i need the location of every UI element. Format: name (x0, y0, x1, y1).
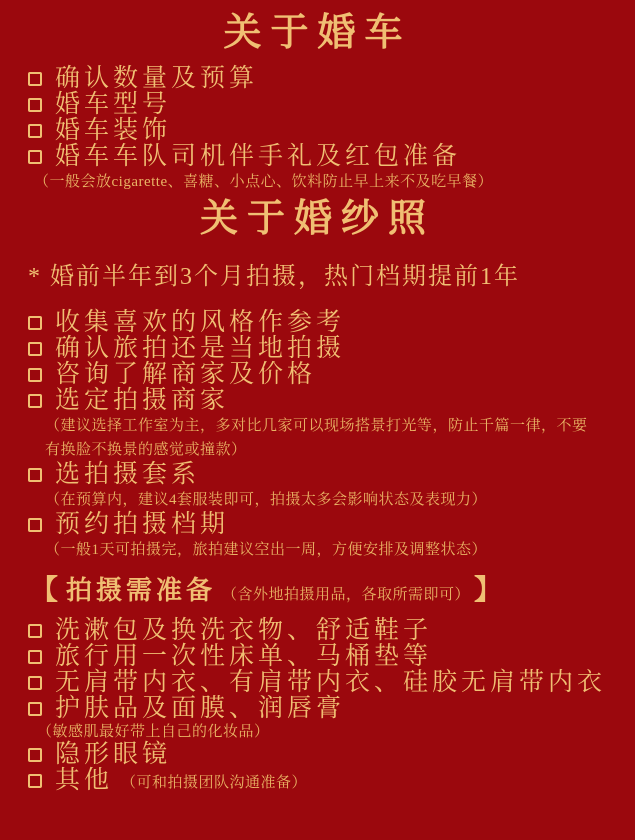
checklist-item: 确认数量及预算 (28, 66, 635, 92)
checklist-item-label: 选拍摄套系 (55, 462, 200, 488)
shoot-preparation-note: （含外地拍摄用品，各取所需即可） (222, 583, 470, 604)
checklist-item-label: 收集喜欢的风格作参考 (55, 310, 345, 336)
shoot-preparation-heading: 【 拍摄需准备 （含外地拍摄用品，各取所需即可） 】 (30, 576, 635, 606)
shoot-preparation-title: 拍摄需准备 (66, 576, 216, 606)
checkbox[interactable] (28, 468, 42, 482)
checklist-item-label: 婚车车队司机伴手礼及红包准备 (55, 144, 461, 170)
checklist-item-label: 预约拍摄档期 (55, 512, 229, 538)
checkbox[interactable] (28, 316, 42, 330)
checklist-item: 隐形眼镜 (28, 742, 635, 768)
checkbox[interactable] (28, 774, 42, 788)
checklist-item-label: 护肤品及面膜、润唇膏 (55, 696, 345, 722)
checkbox[interactable] (28, 748, 42, 762)
item-note: （敏感肌最好带上自己的化妆品） (37, 722, 597, 742)
checklist-item-label: 婚车型号 (55, 92, 171, 118)
checkbox[interactable] (28, 518, 42, 532)
page-title-wedding-car: 关于婚车 (0, 8, 635, 58)
checklist-item: 洗漱包及换洗衣物、舒适鞋子 (28, 618, 635, 644)
checkbox[interactable] (28, 702, 42, 716)
bracket-open: 【 (30, 576, 58, 606)
checkbox[interactable] (28, 394, 42, 408)
item-note: （在预算内，建议4套服装即可，拍摄太多会影响状态及表现力） (45, 488, 595, 512)
checklist-item-label: 确认数量及预算 (55, 66, 258, 92)
checklist-item: 预约拍摄档期 (28, 512, 635, 538)
shoot-preparation-list: 洗漱包及换洗衣物、舒适鞋子 旅行用一次性床单、马桶垫等 无肩带内衣、有肩带内衣、… (0, 618, 635, 794)
checkbox[interactable] (28, 124, 42, 138)
checklist-item-label: 旅行用一次性床单、马桶垫等 (55, 644, 432, 670)
checklist-item: 咨询了解商家及价格 (28, 362, 635, 388)
wedding-car-list: 确认数量及预算 婚车型号 婚车装饰 婚车车队司机伴手礼及红包准备 （一般会放ci… (0, 66, 635, 194)
checklist-item: 收集喜欢的风格作参考 (28, 310, 635, 336)
checklist-item-label: 婚车装饰 (55, 118, 171, 144)
checkbox[interactable] (28, 342, 42, 356)
checklist-item: 婚车型号 (28, 92, 635, 118)
checklist-item-label: 其他 (55, 768, 113, 794)
checklist-item-label: 确认旅拍还是当地拍摄 (55, 336, 345, 362)
checklist-item: 婚车车队司机伴手礼及红包准备 (28, 144, 635, 170)
checklist-item-label: 选定拍摄商家 (55, 388, 229, 414)
checklist-item-label: 无肩带内衣、有肩带内衣、硅胶无肩带内衣 (55, 670, 606, 696)
section-shoot-preparation: 【 拍摄需准备 （含外地拍摄用品，各取所需即可） 】 洗漱包及换洗衣物、舒适鞋子… (0, 576, 635, 794)
item-note: （一般会放cigarette、喜糖、小点心、饮料防止早上来不及吃早餐） (34, 170, 594, 194)
checklist-item: 旅行用一次性床单、马桶垫等 (28, 644, 635, 670)
page-title-wedding-photos: 关于婚纱照 (0, 194, 635, 244)
checkbox[interactable] (28, 624, 42, 638)
checkbox[interactable] (28, 368, 42, 382)
checklist-item-label: 隐形眼镜 (55, 742, 171, 768)
checkbox[interactable] (28, 150, 42, 164)
checklist-item: 婚车装饰 (28, 118, 635, 144)
section-wedding-photos: 关于婚纱照 * 婚前半年到3个月拍摄，热门档期提前1年 收集喜欢的风格作参考 确… (0, 194, 635, 562)
item-inline-note: （可和拍摄团队沟通准备） (121, 771, 307, 792)
wedding-photos-list: 收集喜欢的风格作参考 确认旅拍还是当地拍摄 咨询了解商家及价格 选定拍摄商家 （… (0, 310, 635, 562)
checkbox[interactable] (28, 676, 42, 690)
checklist-item-label: 咨询了解商家及价格 (55, 362, 316, 388)
checklist-item: 确认旅拍还是当地拍摄 (28, 336, 635, 362)
item-note: （一般1天可拍摄完，旅拍建议空出一周，方便安排及调整状态） (45, 538, 595, 562)
bracket-close: 】 (474, 576, 502, 606)
checklist-item: 无肩带内衣、有肩带内衣、硅胶无肩带内衣 (28, 670, 635, 696)
checkbox[interactable] (28, 650, 42, 664)
checklist-item: 其他 （可和拍摄团队沟通准备） (28, 768, 635, 794)
checkbox[interactable] (28, 98, 42, 112)
item-note: （建议选择工作室为主，多对比几家可以现场搭景打光等，防止千篇一律，不要有换脸不换… (45, 414, 595, 462)
checklist-item: 选定拍摄商家 (28, 388, 635, 414)
checkbox[interactable] (28, 72, 42, 86)
photos-intro-tip: * 婚前半年到3个月拍摄，热门档期提前1年 (28, 262, 635, 292)
checklist-item: 选拍摄套系 (28, 462, 635, 488)
section-wedding-car: 关于婚车 确认数量及预算 婚车型号 婚车装饰 婚车车队司机伴手礼及红包准备 （一… (0, 8, 635, 194)
wedding-checklist-page: 关于婚车 确认数量及预算 婚车型号 婚车装饰 婚车车队司机伴手礼及红包准备 （一… (0, 0, 635, 840)
checklist-item: 护肤品及面膜、润唇膏 (28, 696, 635, 722)
checklist-item-label: 洗漱包及换洗衣物、舒适鞋子 (55, 618, 432, 644)
